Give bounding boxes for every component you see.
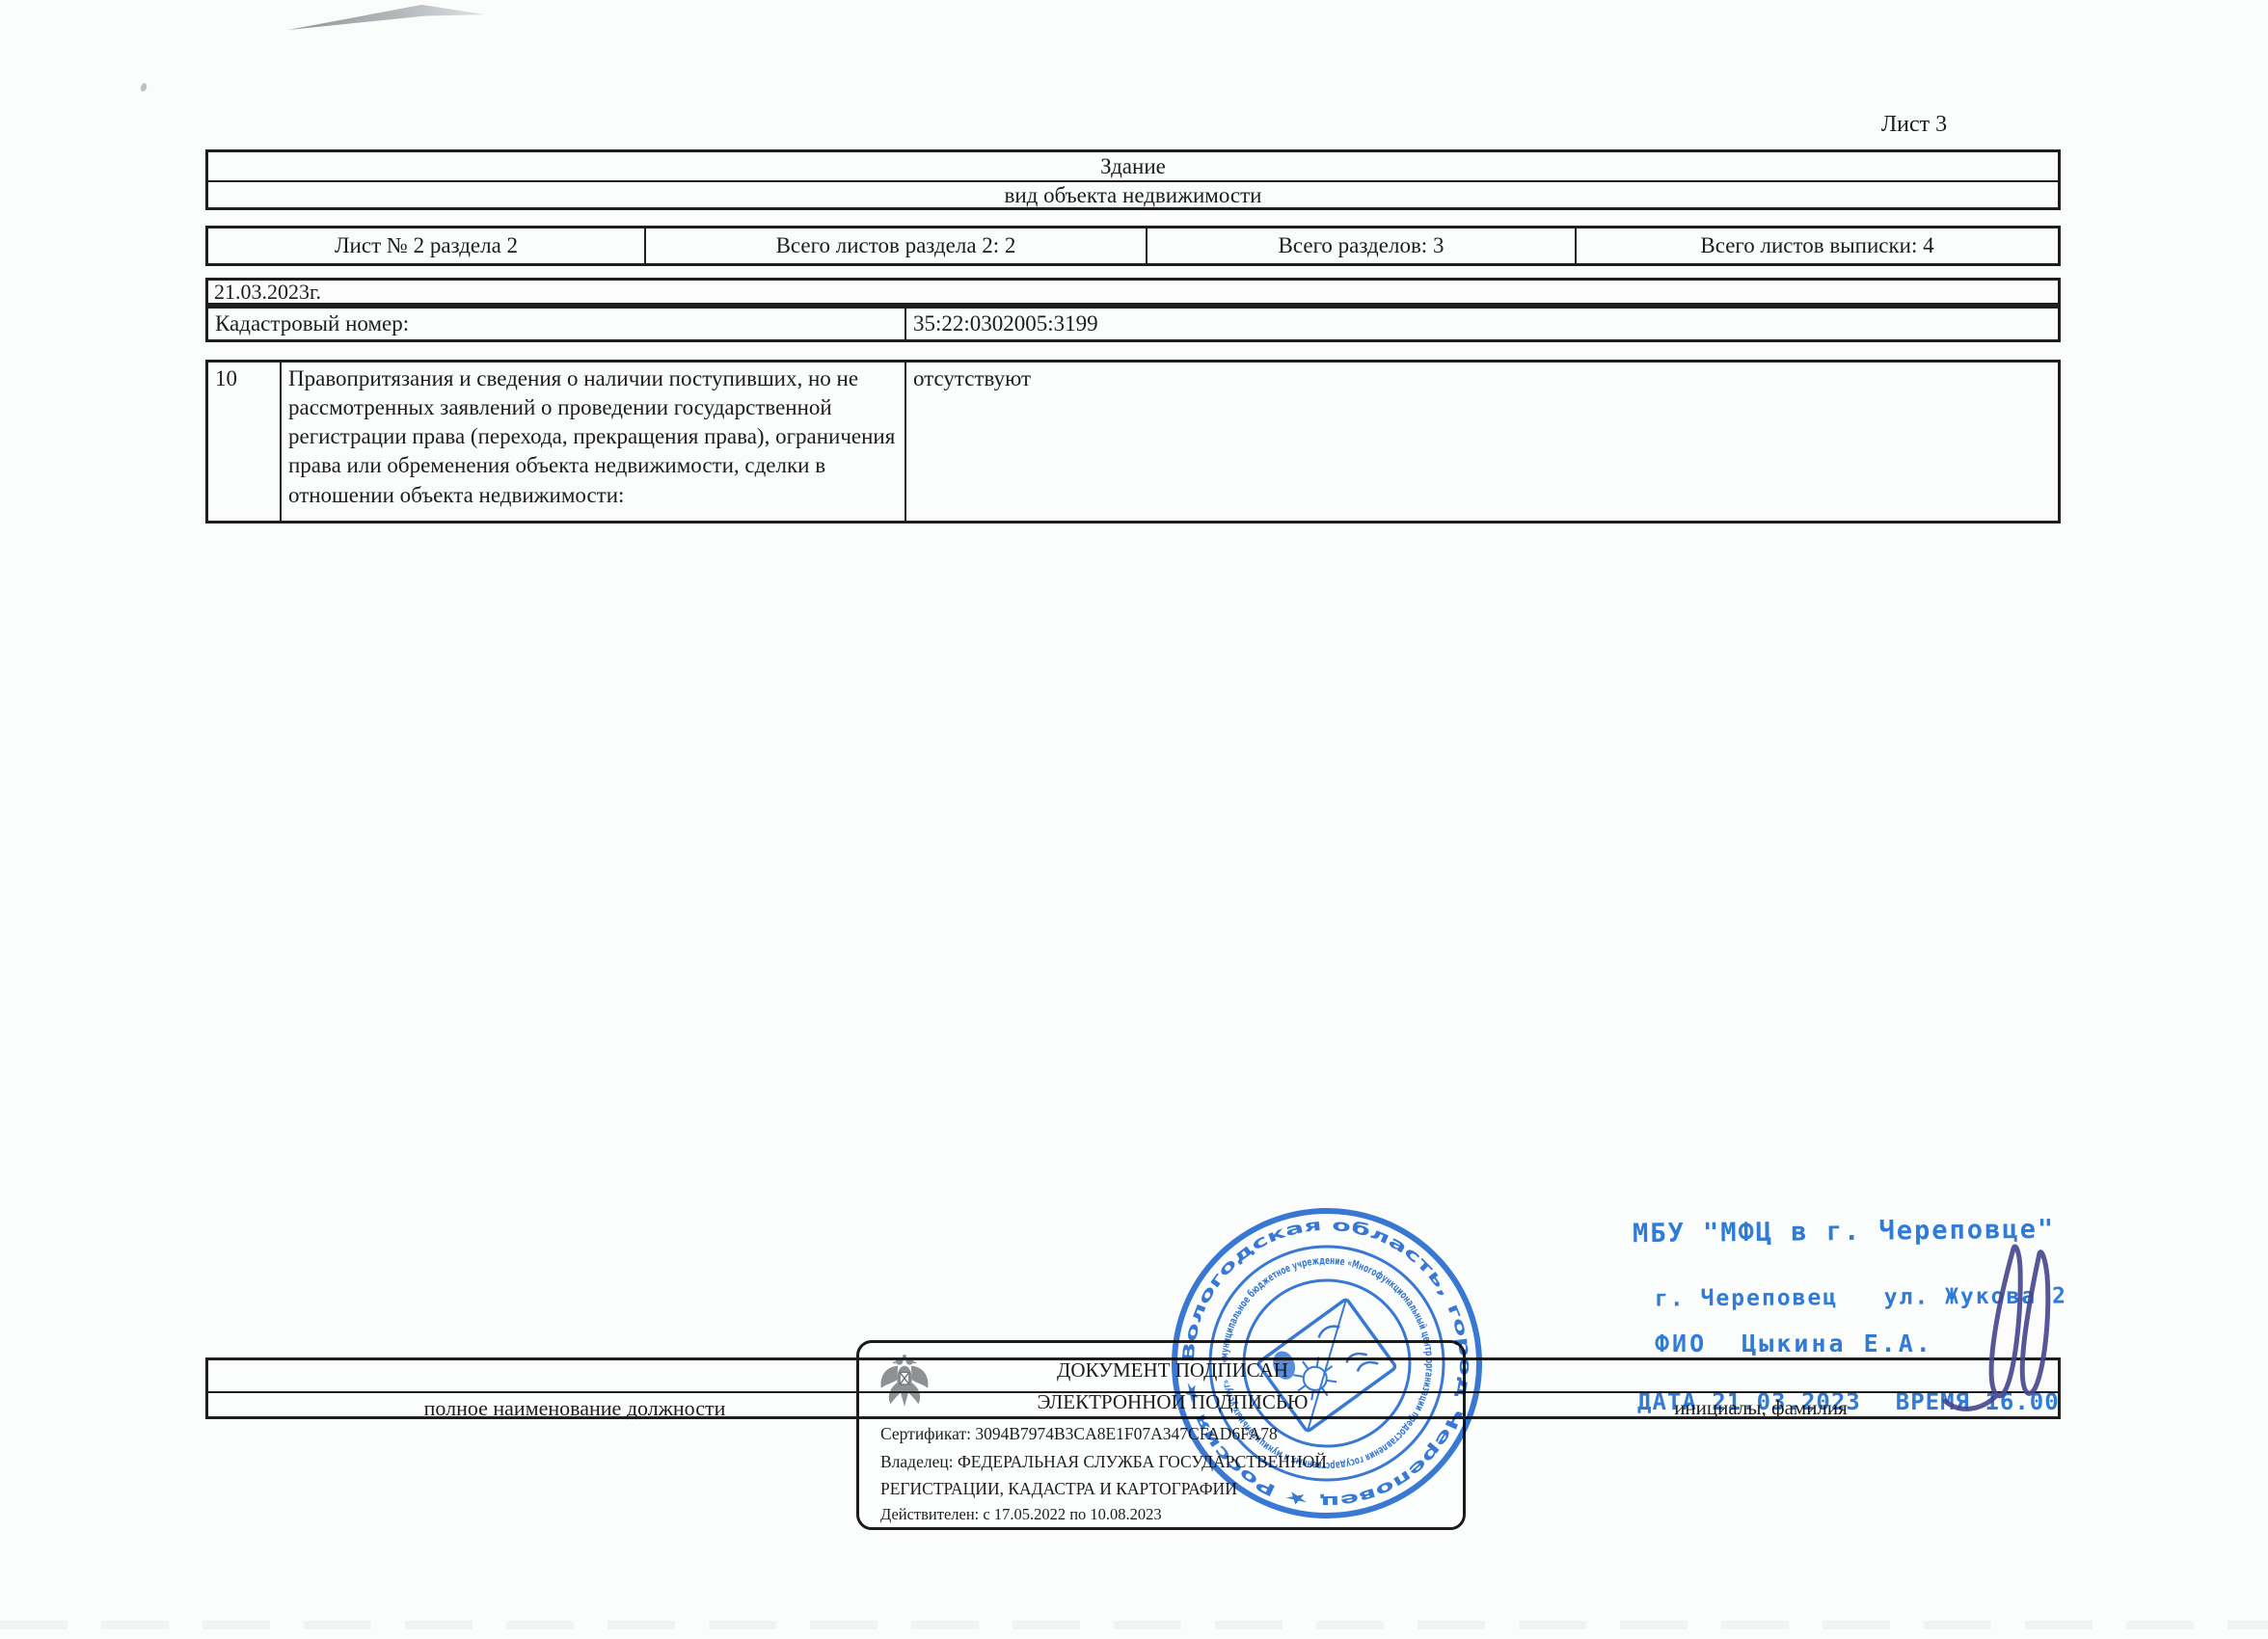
cadastral-value: 35:22:0302005:3199 [904, 309, 2058, 339]
sheets-meta-table: Лист № 2 раздела 2 Всего листов раздела … [205, 226, 2061, 266]
position-caption: полное наименование должности [266, 1396, 883, 1421]
scan-artifact-speck [140, 82, 148, 93]
round-stamp: Вологодская область, город Череповец ★ Р… [1163, 1199, 1491, 1527]
esign-validity: Действителен: с 17.05.2022 по 10.08.2023 [880, 1505, 1162, 1524]
extract-date: 21.03.2023г. [205, 278, 2061, 306]
claims-table: 10 Правопритязания и сведения о наличии … [205, 360, 2061, 524]
scan-artifact-bottom-edge [0, 1621, 2268, 1629]
mfc-stamp-line-3: ФИО Цыкина Е.А. [1655, 1330, 1933, 1357]
pen-signature [1904, 1210, 2088, 1432]
sheet-number: Лист 3 [1822, 112, 2006, 138]
object-kind-caption: вид объекта недвижимости [208, 180, 2058, 209]
stamp-center-emblem [1257, 1299, 1396, 1432]
claims-number: 10 [208, 363, 280, 521]
mfc-stamp-date: ДАТА 21.03.2023 [1637, 1388, 1861, 1415]
meta-cell-section-sheets: Всего листов раздела 2: 2 [644, 228, 1146, 263]
meta-cell-extract-sheets: Всего листов выписки: 4 [1575, 228, 2058, 263]
meta-cell-sheet: Лист № 2 раздела 2 [208, 228, 644, 263]
claims-label: Правопритязания и сведения о наличии пос… [280, 363, 904, 521]
object-kind-table: Здание вид объекта недвижимости [205, 149, 2061, 210]
cadastral-row: Кадастровый номер: 35:22:0302005:3199 [205, 306, 2061, 342]
object-kind-value: Здание [208, 152, 2058, 180]
scan-artifact-fold [287, 3, 485, 34]
claims-value: отсутствуют [904, 363, 2058, 521]
meta-cell-sections-total: Всего разделов: 3 [1146, 228, 1575, 263]
cadastral-label: Кадастровый номер: [208, 309, 904, 339]
